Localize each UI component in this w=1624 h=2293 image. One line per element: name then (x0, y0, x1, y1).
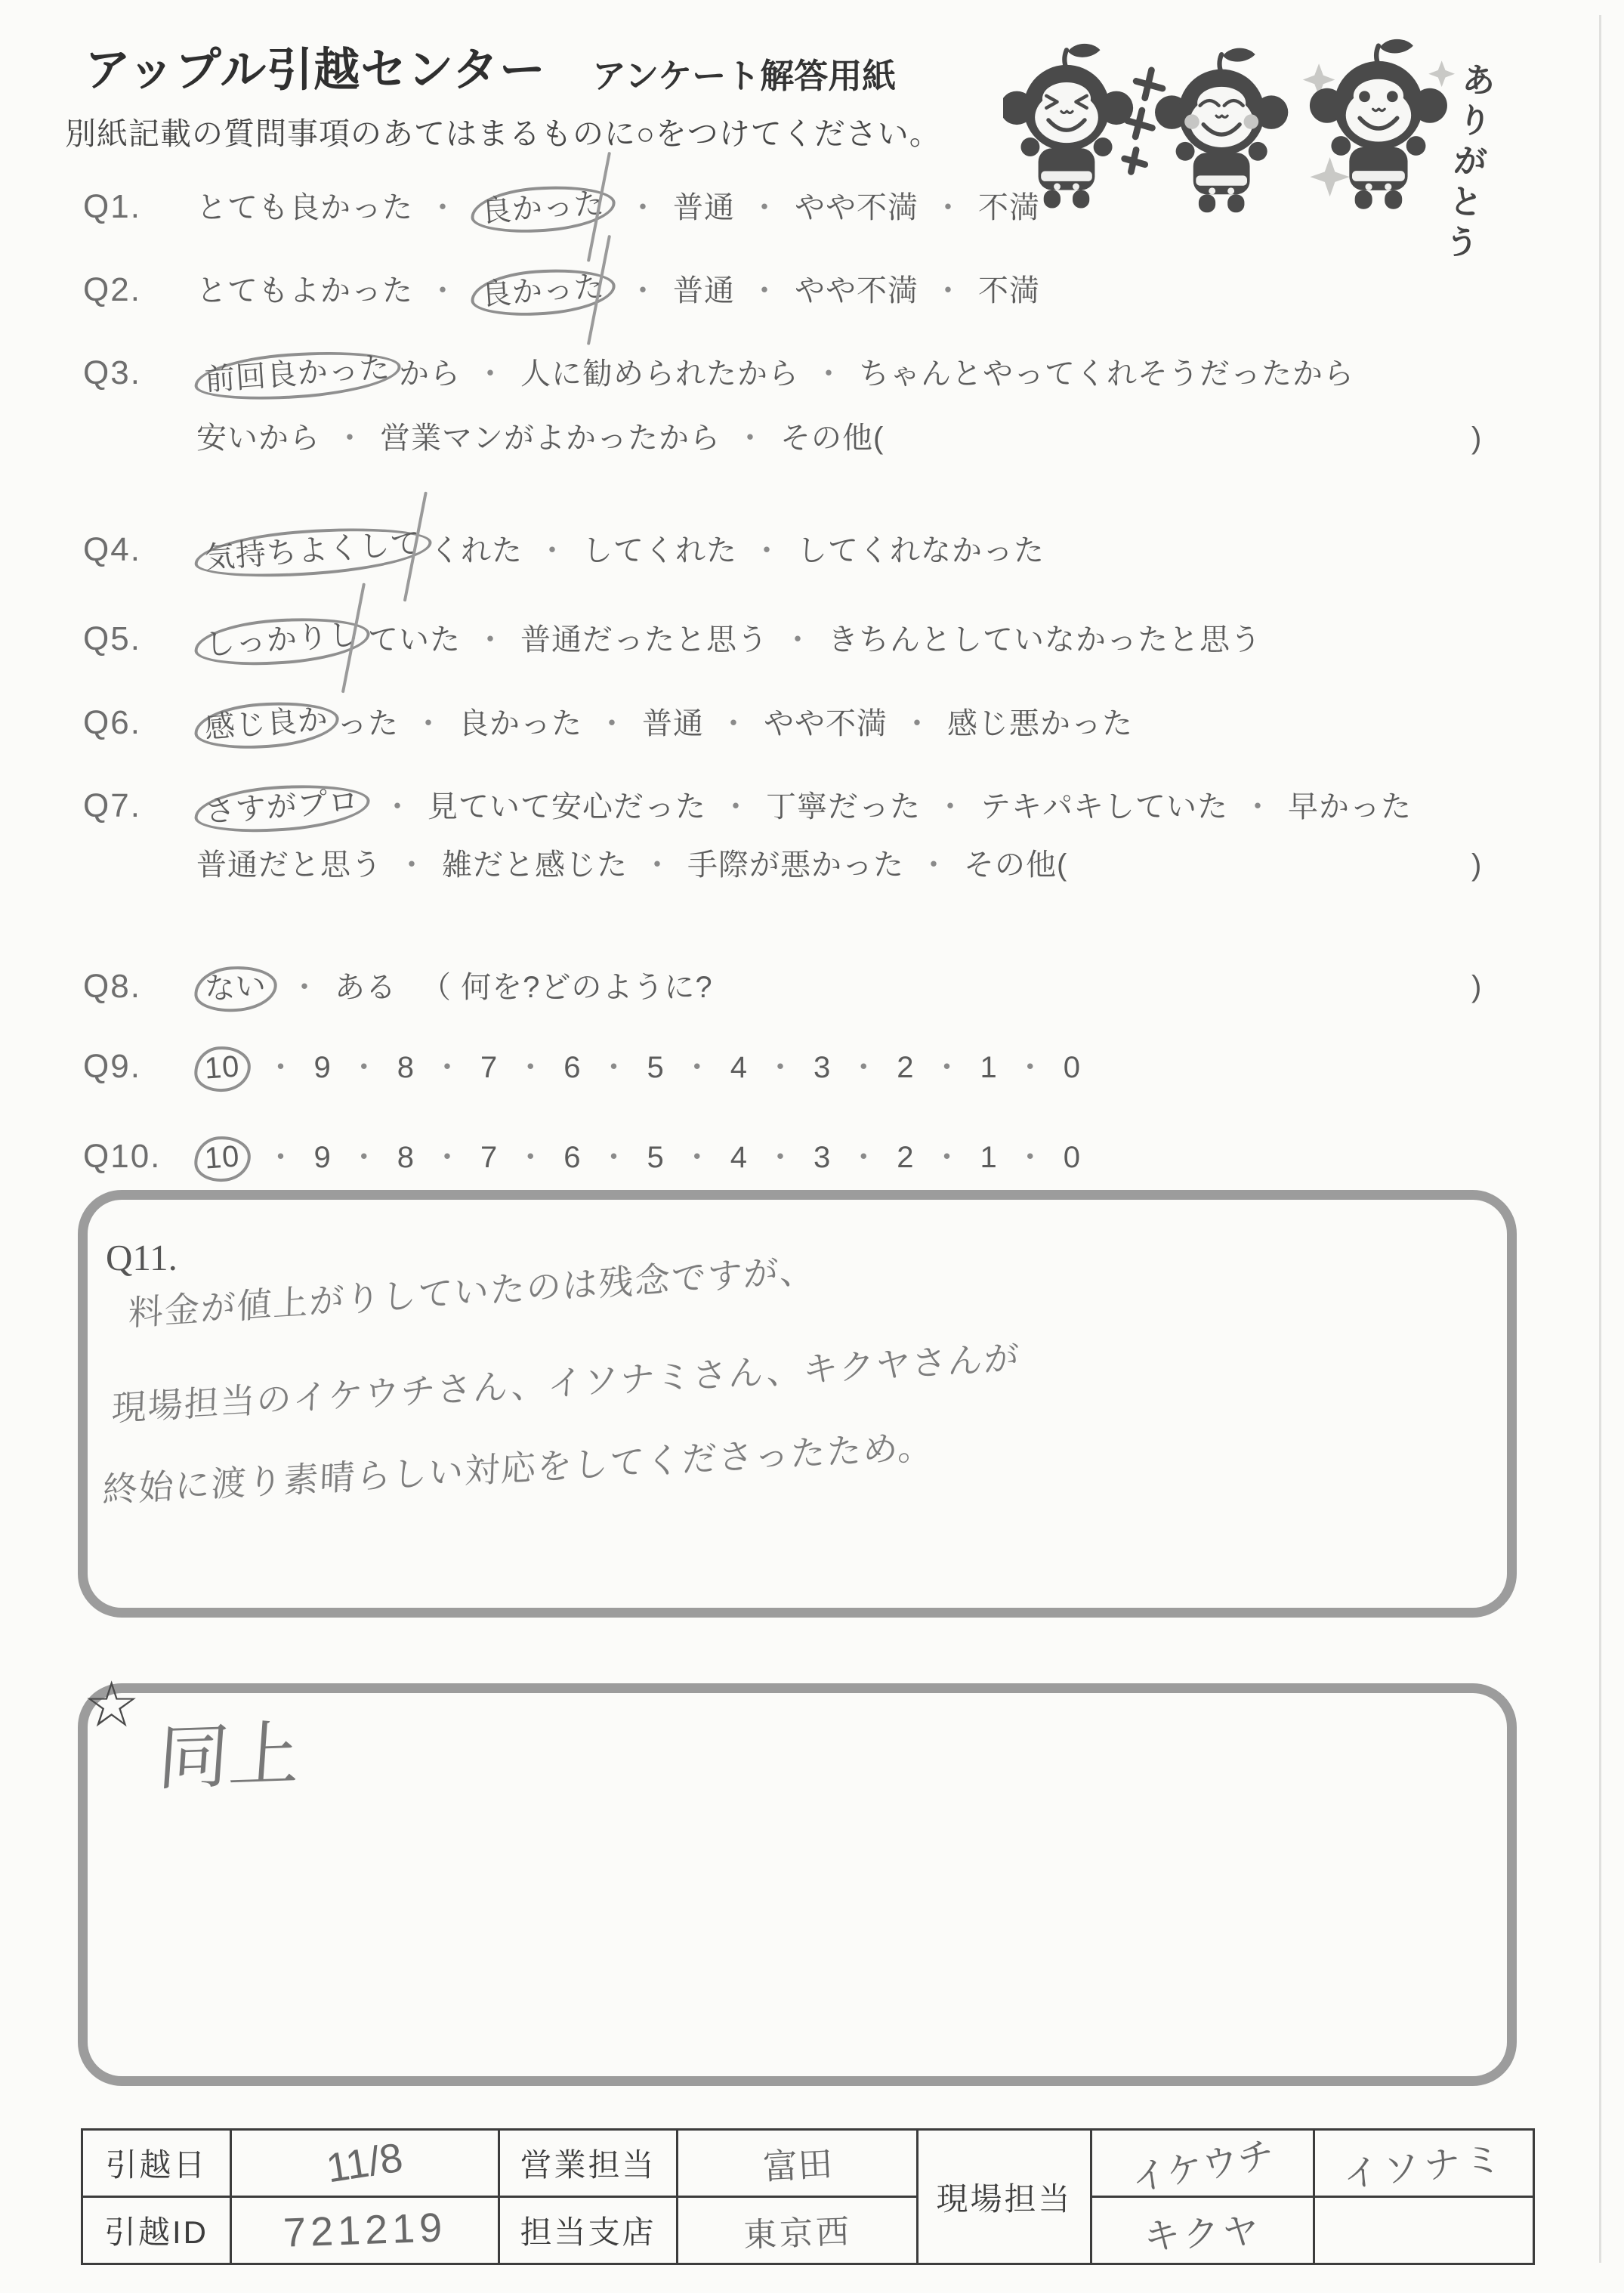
plus-marks-icon (1125, 70, 1162, 172)
site-crew-label: 現場担当 (918, 2130, 1091, 2264)
rating-value: 4 (665, 1141, 748, 1174)
option-item: 人に勧められたから (461, 357, 799, 391)
option-item: 営業マンがよかったから (320, 422, 721, 455)
sales-rep-value: 富田 (678, 2130, 918, 2197)
option-item: 前回良かったから (196, 357, 461, 391)
question-options: 前回良かったから人に勧められたからちゃんとやってくれそうだったから (196, 357, 1354, 391)
option-item: 不満 (919, 274, 1040, 307)
option-item: 気持ちよくしてくれた (196, 534, 523, 567)
rating-value: 8 (332, 1051, 415, 1084)
option-item: 安いから (196, 422, 320, 455)
crew-name-cell: イソナミ (1314, 2130, 1534, 2197)
option-item: ある (275, 971, 397, 1004)
crew-name-cell (1314, 2197, 1534, 2264)
hand-circle-mark: 気持ちよくして (193, 521, 433, 583)
option-item: やや不満 (704, 707, 888, 740)
option-item: その他( (904, 848, 1067, 882)
option-item: 手際が悪かった (628, 848, 904, 882)
rating-value: 10 (196, 1141, 249, 1174)
question-number: Q3. (83, 354, 196, 393)
option-item: 感じ悪かった (888, 707, 1133, 740)
option-item: 普通 (582, 707, 704, 740)
rating-value: 6 (498, 1141, 581, 1174)
instruction-text: 別紙記載の質問事項のあてはまるものに○をつけてください。 (65, 109, 941, 153)
footer-info-table: 引越日 11/8 営業担当 富田 現場担当 イケウチ イソナミ 引越ID 721… (81, 2128, 1535, 2265)
rating-value: 9 (249, 1051, 332, 1084)
option-item: 普通 (613, 274, 735, 307)
monkey-mascots-illustration (1003, 34, 1456, 236)
question-options: 安いから営業マンがよかったからその他( (196, 422, 884, 455)
closing-paren: ) (1471, 419, 1482, 458)
move-id-value: 721219 (231, 2197, 499, 2264)
option-item: やや不満 (735, 274, 919, 307)
crew-name-cell: イケウチ (1091, 2130, 1314, 2197)
hand-circle-mark: 10 (193, 1044, 252, 1093)
hand-circle-mark: 10 (193, 1134, 252, 1183)
rating-value: 3 (748, 1051, 831, 1084)
option-item: さすがプロ (196, 790, 368, 824)
question-options: 気持ちよくしてくれたしてくれたしてくれなかった (196, 534, 1045, 567)
question-options: とてもよかった良かった普通やや不満不満 (196, 274, 1040, 307)
option-item: 感じ良かった (196, 707, 399, 740)
rating-value: 5 (582, 1051, 665, 1084)
question-options: しっかりしていた普通だったと思うきちんとしていなかったと思う (196, 623, 1261, 657)
hand-circle-mark: しっかりし (193, 613, 372, 670)
option-item: 良かった (413, 274, 613, 307)
question-row-q10: Q10.109876543210 (83, 1137, 1081, 1176)
closing-paren: ) (1471, 967, 1482, 1006)
hand-circle-mark: 良かった (469, 264, 617, 320)
rating-value: 5 (582, 1141, 665, 1174)
rating-value: 1 (915, 1051, 998, 1084)
option-item: ちゃんとやってくれそうだったから (799, 357, 1354, 391)
hand-circle-mark: ない (193, 963, 279, 1015)
question-row-q5: Q5.しっかりしていた普通だったと思うきちんとしていなかったと思う (83, 620, 1261, 659)
question-number: Q5. (83, 620, 196, 659)
move-id-label: 引越ID (82, 2197, 231, 2264)
rating-value: 0 (998, 1051, 1081, 1084)
rating-value: 3 (748, 1141, 831, 1174)
question-number: Q1. (83, 187, 196, 227)
option-item: してくれた (523, 534, 737, 567)
option-item: 早かった (1228, 790, 1412, 824)
question-row-q3-cont: 安いから営業マンがよかったからその他( ) (83, 419, 884, 458)
option-item: してくれなかった (737, 534, 1045, 567)
question-number: Q6. (83, 703, 196, 743)
option-item: とても良かった (196, 191, 413, 224)
option-item: とてもよかった (196, 274, 413, 307)
question-row-q1: Q1.とても良かった良かった普通やや不満不満 (83, 187, 1040, 227)
question-row-q3: Q3.前回良かったから人に勧められたからちゃんとやってくれそうだったから (83, 354, 1354, 393)
branch-label: 担当支店 (499, 2197, 678, 2264)
option-item: その他( (721, 422, 884, 455)
option-item: きちんとしていなかったと思う (768, 623, 1261, 657)
option-item: やや不満 (735, 191, 919, 224)
handwritten-ditto-note: 同上 (155, 1696, 304, 1803)
rating-value: 2 (831, 1051, 914, 1084)
star-icon: ☆ (83, 1673, 140, 1736)
hand-circle-mark: 良かった (469, 181, 617, 236)
scan-artifact-line (1599, 15, 1601, 2263)
question-row-q8: Q8.ないある（ 何を?どのように? ) (83, 967, 713, 1006)
option-item: 普通 (613, 191, 735, 224)
rating-value: 6 (498, 1051, 581, 1084)
option-item: 不満 (919, 191, 1040, 224)
hand-circle-mark: さすがプロ (193, 780, 372, 837)
rating-scale: 109876543210 (196, 1051, 1081, 1084)
rating-scale: 109876543210 (196, 1141, 1081, 1174)
option-item: しっかりしていた (196, 623, 461, 657)
question-number: Q9. (83, 1047, 196, 1086)
rating-value: 0 (998, 1141, 1081, 1174)
move-date-value: 11/8 (231, 2130, 499, 2197)
rating-value: 4 (665, 1051, 748, 1084)
rating-value: 8 (332, 1141, 415, 1174)
option-item: ない (196, 971, 275, 1004)
question-number: Q2. (83, 270, 196, 310)
question-row-q7-cont: 普通だと思う雑だと感じた手際が悪かったその他( ) (83, 845, 1067, 885)
sales-rep-label: 営業担当 (499, 2130, 678, 2197)
monkey-happy (1155, 48, 1288, 213)
hand-circle-mark: 感じ良か (193, 697, 341, 752)
move-date-label: 引越日 (82, 2130, 231, 2197)
branch-value: 東京西 (678, 2197, 918, 2264)
question-number: Q10. (83, 1137, 196, 1176)
question-row-q2: Q2.とてもよかった良かった普通やや不満不満 (83, 270, 1040, 310)
rating-value: 7 (415, 1141, 498, 1174)
rating-value: 7 (415, 1051, 498, 1084)
question-options: さすがプロ見ていて安心だった丁寧だったテキパキしていた早かった (196, 790, 1412, 824)
brand-title: アップル引越センター (85, 33, 546, 99)
question-options: ないある (196, 971, 397, 1004)
rating-value: 2 (831, 1141, 914, 1174)
question-options: とても良かった良かった普通やや不満不満 (196, 191, 1040, 224)
option-item: 見ていて安心だった (368, 790, 706, 824)
rating-value: 10 (196, 1051, 249, 1084)
closing-paren: ) (1471, 845, 1482, 885)
option-item: 良かった (413, 191, 613, 224)
crew-name-cell: キクヤ (1091, 2197, 1314, 2264)
option-item: 雑だと感じた (382, 848, 628, 882)
q11-label: Q11. (106, 1236, 178, 1279)
question-options: 感じ良かった良かった普通やや不満感じ悪かった (196, 707, 1133, 740)
question-number: Q4. (83, 530, 196, 570)
question-row-q7: Q7.さすがプロ見ていて安心だった丁寧だったテキパキしていた早かった (83, 786, 1412, 826)
question-row-q9: Q9.109876543210 (83, 1047, 1081, 1086)
monkey-wink (1003, 44, 1133, 209)
question-number: Q8. (83, 967, 196, 1006)
rating-value: 1 (915, 1141, 998, 1174)
question-options: 普通だと思う雑だと感じた手際が悪かったその他( (196, 848, 1067, 882)
option-item: 普通だと思う (196, 848, 382, 882)
question-number: Q7. (83, 786, 196, 826)
option-item: 良かった (399, 707, 582, 740)
question-row-q4: Q4.気持ちよくしてくれたしてくれたしてくれなかった (83, 530, 1045, 570)
option-item: 丁寧だった (706, 790, 921, 824)
option-item: 普通だったと思う (461, 623, 768, 657)
survey-sheet-page: アップル引越センター アンケート解答用紙 別紙記載の質問事項のあてはまるものに○… (0, 0, 1624, 2293)
rating-value: 9 (249, 1141, 332, 1174)
hand-circle-mark: 前回良かった (193, 346, 403, 406)
form-title: アンケート解答用紙 (592, 48, 896, 97)
q8-prompt-text: （ 何を?どのように? (421, 971, 713, 1004)
question-row-q6: Q6.感じ良かった良かった普通やや不満感じ悪かった (83, 703, 1133, 743)
option-item: テキパキしていた (921, 790, 1228, 824)
